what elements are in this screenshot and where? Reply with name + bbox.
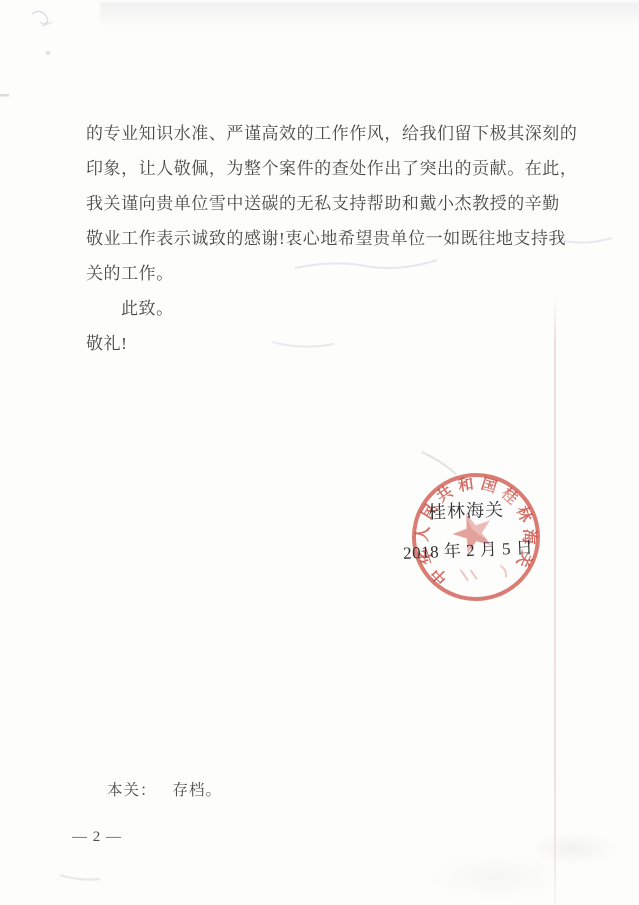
file-note-label: 本关： (107, 782, 157, 799)
letter-line: 我关谨向贵单位雪中送碳的无私支持帮助和戴小杰教授的辛勤 (86, 186, 584, 221)
scan-artifact-bottom-right (420, 825, 639, 905)
file-note-value: 存档。 (173, 782, 223, 799)
pencil-scribble-icon (32, 11, 47, 26)
scan-artifact-top-band (100, 2, 639, 28)
letter-line: 的专业知识水准、严谨高效的工作作风，给我们留下极其深刻的 (86, 116, 584, 151)
pencil-dot-icon (46, 51, 50, 55)
seal-smudge (500, 565, 506, 578)
page-number: — 2 — (72, 829, 122, 846)
file-note: 本关：存档。 (107, 778, 222, 800)
letter-body: 的专业知识水准、严谨高效的工作作风，给我们留下极其深刻的 印象，让人敬佩，为整个… (86, 116, 584, 361)
scanned-letter-page: 的专业知识水准、严谨高效的工作作风，给我们留下极其深刻的 印象，让人敬佩，为整个… (0, 0, 639, 905)
signature-org: 桂林海关 (428, 496, 505, 525)
letter-closing: 此致。 (86, 291, 584, 326)
crease-line (60, 875, 100, 880)
pencil-scribble-icon (40, 22, 52, 24)
letter-line: 关的工作。 (86, 256, 584, 291)
letter-line: 印象，让人敬佩，为整个案件的查处作出了突出的贡献。在此， (86, 151, 584, 186)
letter-line: 敬业工作表示诚致的感谢!衷心地希望贵单位一如既往地支持我 (86, 221, 584, 256)
edge-mark (0, 94, 9, 97)
letter-salute: 敬礼! (86, 326, 584, 361)
